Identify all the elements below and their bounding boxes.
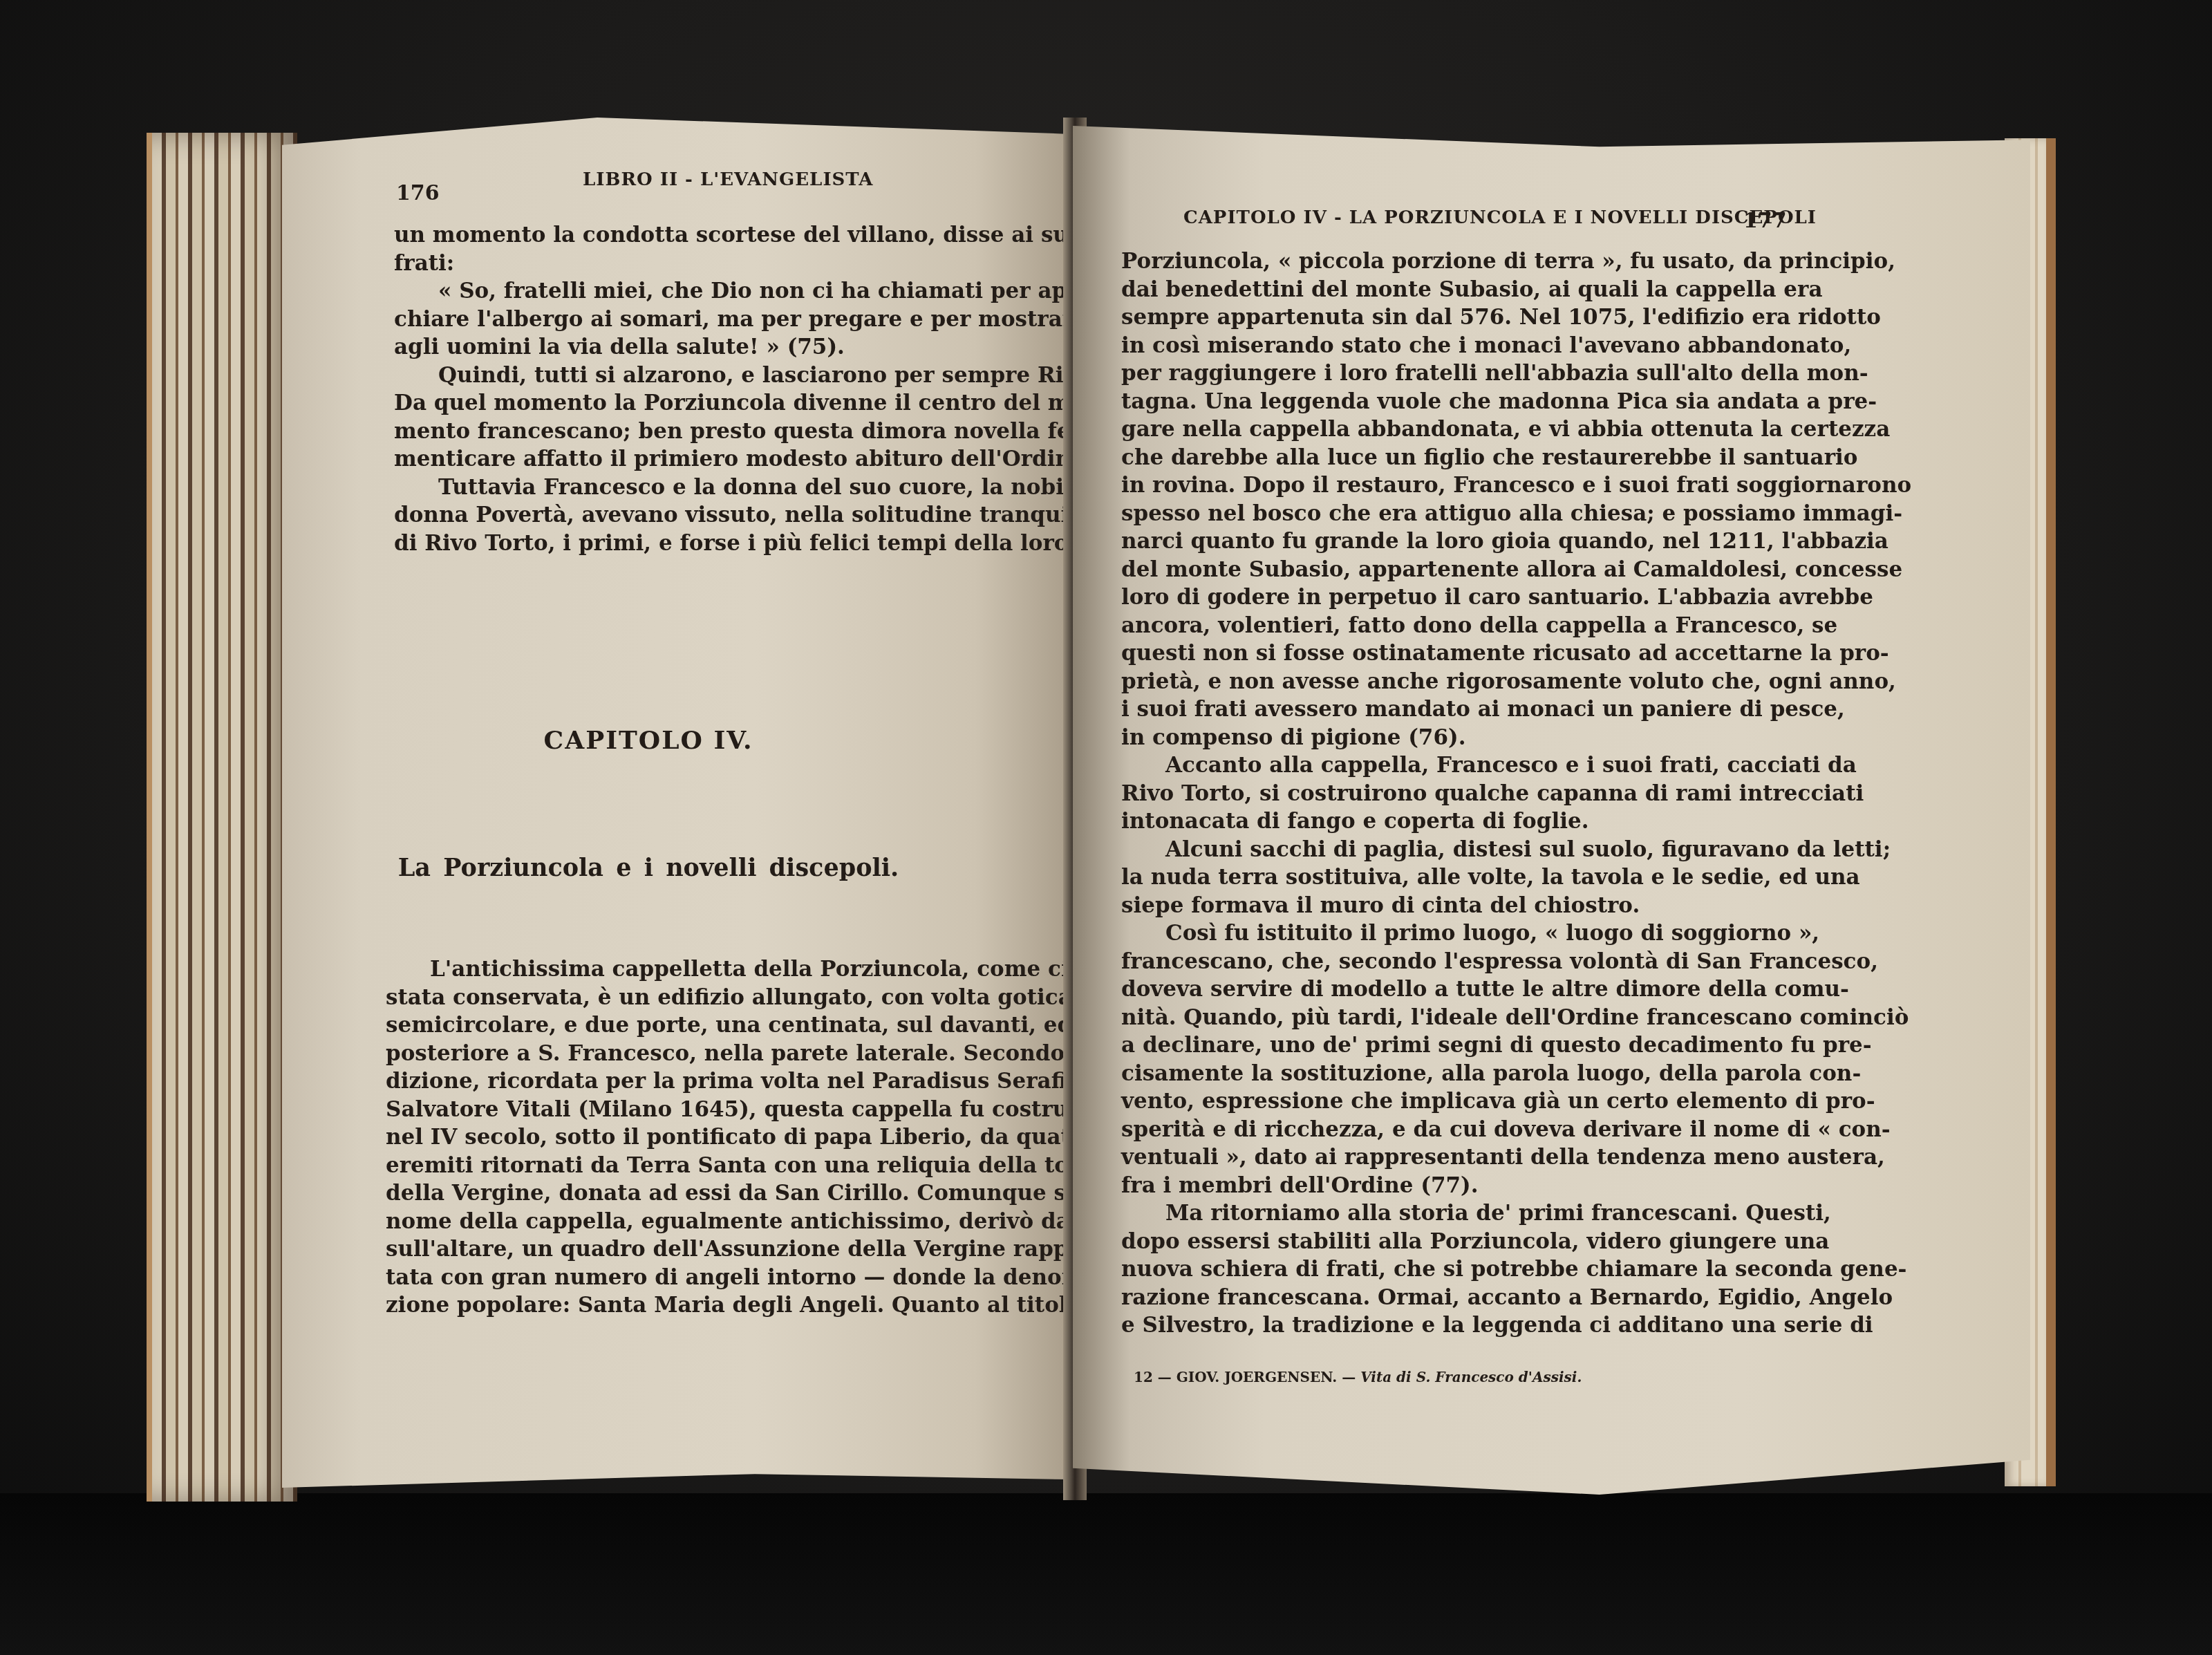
table-surface (0, 1493, 2212, 1655)
text-line: nuova schiera di frati, che si potrebbe … (1121, 1255, 1785, 1284)
text-line: dopo essersi stabiliti alla Porziuncola,… (1121, 1228, 1785, 1256)
text-line: razione francescana. Ormai, accanto a Be… (1121, 1284, 1785, 1312)
running-head: CAPITOLO IV - LA PORZIUNCOLA E I NOVELLI… (1183, 207, 1817, 228)
left-page-block-edges (147, 133, 297, 1502)
text-line: mento francescano; ben presto questa dim… (394, 418, 1047, 446)
text-line: loro di godere in perpetuo il caro santu… (1121, 583, 1785, 612)
text-line: Tuttavia Francesco e la donna del suo cu… (394, 474, 1047, 502)
right-page: CAPITOLO IV - LA PORZIUNCOLA E I NOVELLI… (1073, 112, 2030, 1502)
text-line: la nuda terra sostituiva, alle volte, la… (1121, 863, 1785, 892)
text-line: « So, fratelli miei, che Dio non ci ha c… (394, 277, 1047, 306)
preceding-text-block: un momento la condotta scortese del vill… (394, 221, 1047, 557)
text-line: Quindi, tutti si alzarono, e lasciarono … (394, 362, 1047, 390)
text-line: in compenso di pigione (76). (1121, 724, 1785, 752)
text-line: dai benedettini del monte Subasio, ai qu… (1121, 276, 1785, 304)
text-line: Salvatore Vitali (Milano 1645), questa c… (386, 1096, 1046, 1124)
chapter-body-text: L'antichissima cappelletta della Porziun… (386, 955, 1046, 1320)
text-line: chiare l'albergo ai somari, ma per prega… (394, 306, 1047, 334)
text-line: in rovina. Dopo il restauro, Francesco e… (1121, 471, 1785, 500)
text-line: Accanto alla cappella, Francesco e i suo… (1121, 751, 1785, 780)
text-line: Da quel momento la Porziuncola divenne i… (394, 389, 1047, 418)
text-line: i suoi frati avessero mandato ai monaci … (1121, 695, 1785, 724)
text-line: agli uomini la via della salute! » (75). (394, 333, 1047, 362)
text-line: del monte Subasio, appartenente allora a… (1121, 556, 1785, 584)
text-line: Rivo Torto, si costruirono qualche capan… (1121, 780, 1785, 808)
text-line: ventuali », dato ai rappresentanti della… (1121, 1143, 1785, 1172)
text-line: narci quanto fu grande la loro gioia qua… (1121, 527, 1785, 556)
text-line: spesso nel bosco che era attiguo alla ch… (1121, 500, 1785, 528)
chapter-title: La Porziuncola e i novelli discepoli. (254, 854, 1042, 882)
text-line: in così miserando stato che i monaci l'a… (1121, 332, 1785, 360)
text-line: che darebbe alla luce un figlio che rest… (1121, 444, 1785, 472)
text-line: Porziuncola, « piccola porzione di terra… (1121, 247, 1785, 276)
text-line: cisamente la sostituzione, alla parola l… (1121, 1060, 1785, 1088)
text-line: Ma ritorniamo alla storia de' primi fran… (1121, 1199, 1785, 1228)
text-line: posteriore a S. Francesco, nella parete … (386, 1040, 1046, 1068)
text-line: fra i membri dell'Ordine (77). (1121, 1172, 1785, 1200)
text-line: ancora, volentieri, fatto dono della cap… (1121, 612, 1785, 640)
text-line: un momento la condotta scortese del vill… (394, 221, 1047, 250)
text-line: della Vergine, donata ad essi da San Cir… (386, 1179, 1046, 1208)
text-line: per raggiungere i loro fratelli nell'abb… (1121, 359, 1785, 388)
signature-number: 12 (1134, 1369, 1153, 1385)
text-line: di Rivo Torto, i primi, e forse i più fe… (394, 530, 1047, 558)
text-line: menticare affatto il primiero modesto ab… (394, 445, 1047, 474)
text-line: intonacata di fango e coperta di foglie. (1121, 807, 1785, 836)
text-line: eremiti ritornati da Terra Santa con una… (386, 1152, 1046, 1180)
text-line: frati: (394, 250, 1047, 278)
chapter-number: CAPITOLO IV. (254, 726, 1042, 755)
text-line: tata con gran numero di angeli intorno —… (386, 1264, 1046, 1292)
text-line: nel IV secolo, sotto il pontificato di p… (386, 1123, 1046, 1152)
text-line: tagna. Una leggenda vuole che madonna Pi… (1121, 388, 1785, 416)
signature-author: GIOV. JOERGENSEN. (1177, 1369, 1337, 1385)
text-line: prietà, e non avesse anche rigorosamente… (1121, 668, 1785, 696)
text-line: doveva servire di modello a tutte le alt… (1121, 975, 1785, 1004)
text-line: vento, espressione che implicava già un … (1121, 1087, 1785, 1116)
text-line: e Silvestro, la tradizione e la leggenda… (1121, 1311, 1785, 1340)
text-line: stata conservata, è un edifizio allungat… (386, 984, 1046, 1012)
text-line: Così fu istituito il primo luogo, « luog… (1121, 919, 1785, 948)
text-line: sperità e di ricchezza, e da cui doveva … (1121, 1116, 1785, 1144)
page-number: 176 (396, 181, 440, 205)
text-line: sempre appartenuta sin dal 576. Nel 1075… (1121, 303, 1785, 332)
left-page: 176 LIBRO II - L'EVANGELISTA un momento … (282, 118, 1070, 1493)
right-body-text: Porziuncola, « piccola porzione di terra… (1121, 247, 1785, 1340)
text-line: L'antichissima cappelletta della Porziun… (386, 955, 1046, 984)
text-line: zione popolare: Santa Maria degli Angeli… (386, 1291, 1046, 1320)
text-line: dizione, ricordata per la prima volta ne… (386, 1067, 1046, 1096)
running-head: LIBRO II - L'EVANGELISTA (583, 169, 873, 190)
text-line: nità. Quando, più tardi, l'ideale dell'O… (1121, 1004, 1785, 1032)
text-line: donna Povertà, avevano vissuto, nella so… (394, 501, 1047, 530)
signature-line: 12 — GIOV. JOERGENSEN. — Vita di S. Fran… (1134, 1369, 1582, 1385)
text-line: sull'altare, un quadro dell'Assunzione d… (386, 1235, 1046, 1264)
text-line: Alcuni sacchi di paglia, distesi sul suo… (1121, 836, 1785, 864)
text-line: francescano, che, secondo l'espressa vol… (1121, 948, 1785, 976)
text-line: gare nella cappella abbandonata, e vi ab… (1121, 415, 1785, 444)
text-line: siepe formava il muro di cinta del chios… (1121, 892, 1785, 920)
text-line: questi non si fosse ostinatamente ricusa… (1121, 639, 1785, 668)
signature-title: Vita di S. Francesco d'Assisi. (1360, 1369, 1582, 1385)
text-line: a declinare, uno de' primi segni di ques… (1121, 1031, 1785, 1060)
text-line: nome della cappella, egualmente antichis… (386, 1208, 1046, 1236)
text-line: semicircolare, e due porte, una centinat… (386, 1011, 1046, 1040)
page-number: 177 (1743, 209, 1787, 233)
